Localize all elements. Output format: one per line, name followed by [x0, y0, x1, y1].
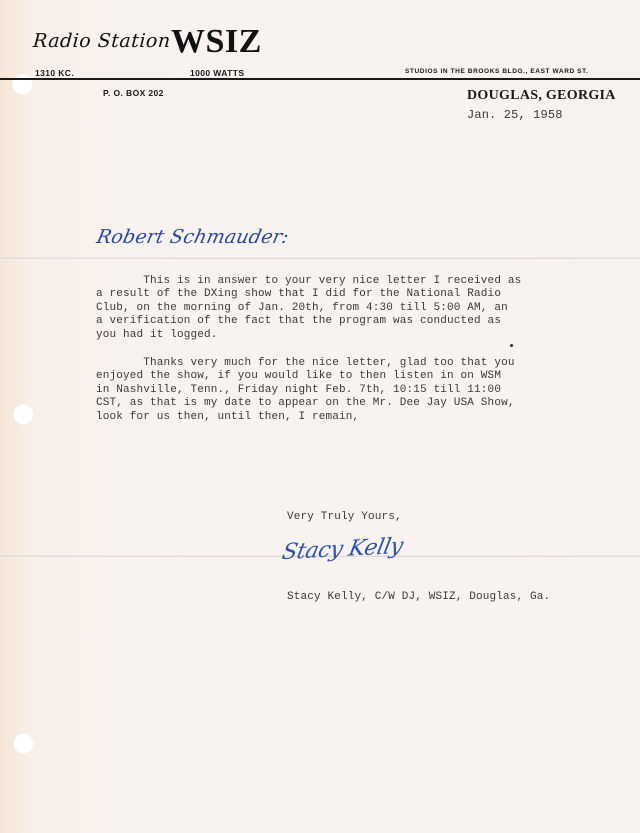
signature: Stacy Kelly — [280, 534, 405, 565]
signature-line: Stacy Kelly, C/W DJ, WSIZ, Douglas, Ga. — [287, 591, 550, 603]
frequency: 1310 KC. — [35, 68, 74, 78]
po-box: P. O. BOX 202 — [103, 88, 164, 98]
punch-hole — [13, 404, 34, 425]
punch-hole — [13, 733, 34, 754]
call-sign: WSIZ — [171, 25, 262, 59]
city: DOUGLAS, GEORGIA — [467, 88, 616, 104]
fold-line — [0, 257, 640, 260]
ink-speck — [510, 344, 513, 347]
salutation: Robert Schmauder: — [95, 226, 291, 248]
body-paragraph: Thanks very much for the nice letter, gl… — [96, 357, 616, 424]
letter-date: Jan. 25, 1958 — [467, 108, 563, 122]
power: 1000 WATTS — [190, 68, 244, 78]
letter-page: Radio Station WSIZ 1310 KC. 1000 WATTS S… — [0, 0, 640, 833]
body-paragraph: This is in answer to your very nice lett… — [96, 275, 616, 342]
studios-address: STUDIOS IN THE BROOKS BLDG., EAST WARD S… — [405, 68, 588, 75]
letterhead-rule — [0, 78, 640, 80]
station-prefix: Radio Station — [32, 30, 171, 52]
closing: Very Truly Yours, — [287, 511, 402, 523]
